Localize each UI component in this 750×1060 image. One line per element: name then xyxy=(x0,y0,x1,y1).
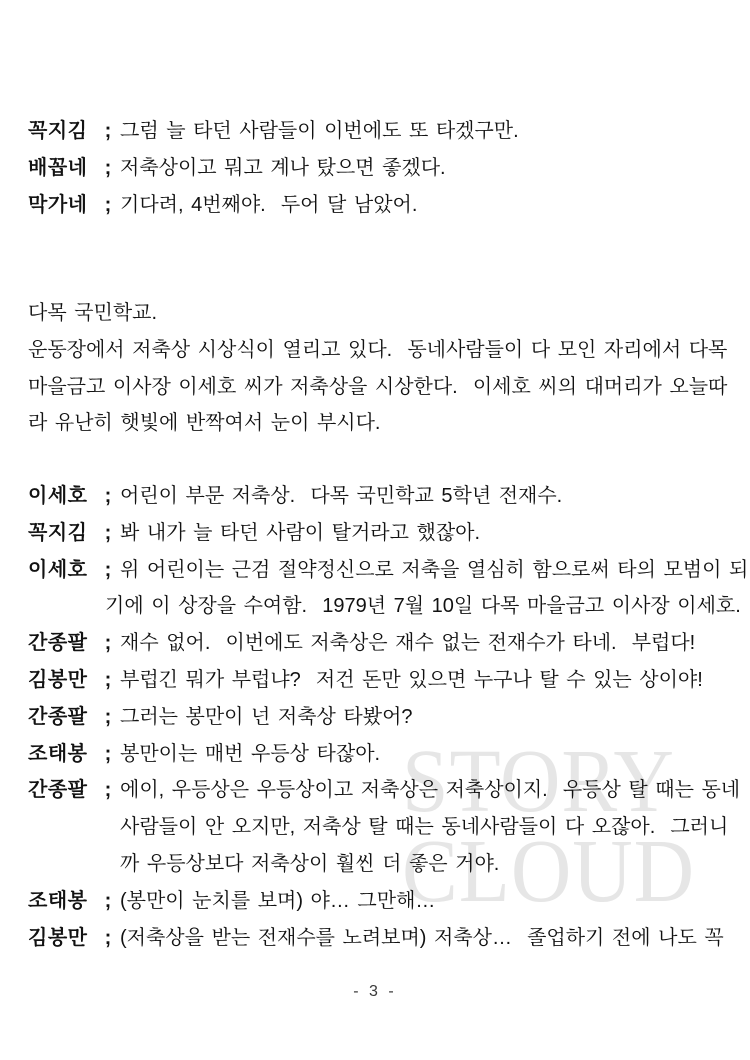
speaker-name: 막가네 xyxy=(28,187,96,224)
dialogue-text: 어린이 부문 저축상. 다목 국민학교 5학년 전재수. xyxy=(120,478,730,515)
dialogue-cue: 간종팔 ; 그러는 봉만이 넌 저축상 타봤어? xyxy=(28,699,730,736)
dialogue-line: 재수 없어. 이번에도 저축상은 재수 없는 전재수가 타네. 부럽다! xyxy=(120,625,730,662)
dialogue-line: 저축상이고 뭐고 계나 탔으면 좋겠다. xyxy=(120,150,730,187)
dialogue-line: 에이, 우등상은 우등상이고 저축상은 저축상이지. 우등상 탈 때는 동네 xyxy=(120,772,730,809)
speaker-separator: ; xyxy=(96,515,120,552)
speaker-separator: ; xyxy=(96,478,120,515)
dialogue-text: 부럽긴 뭐가 부럽냐? 저건 돈만 있으면 누구나 탈 수 있는 상이야! xyxy=(120,662,730,699)
dialogue-cue: 막가네 ; 기다려, 4번째야. 두어 달 남았어. xyxy=(28,187,730,224)
speaker-name: 김봉만 xyxy=(28,662,96,699)
speaker-name: 이세호 xyxy=(28,478,96,515)
speaker-separator: ; xyxy=(96,150,120,187)
scene-description-block: 다목 국민학교. 운동장에서 저축상 시상식이 열리고 있다. 동네사람들이 다… xyxy=(28,295,730,442)
dialogue-cue: 이세호 ; 어린이 부문 저축상. 다목 국민학교 5학년 전재수. xyxy=(28,478,730,515)
dialogue-cue: 배꼽네 ; 저축상이고 뭐고 계나 탔으면 좋겠다. xyxy=(28,150,730,187)
dialogue-text: 에이, 우등상은 우등상이고 저축상은 저축상이지. 우등상 탈 때는 동네 사… xyxy=(120,772,730,882)
dialogue-cue: 간종팔 ; 재수 없어. 이번에도 저축상은 재수 없는 전재수가 타네. 부럽… xyxy=(28,625,730,662)
dialogue-line: 봉만이는 매번 우등상 타잖아. xyxy=(120,736,730,773)
speaker-name: 꼭지김 xyxy=(28,113,96,150)
dialogue-line: 까 우등상보다 저축상이 훨씬 더 좋은 거야. xyxy=(120,846,730,883)
dialogue-text: 저축상이고 뭐고 계나 탔으면 좋겠다. xyxy=(120,150,730,187)
dialogue-cue: 조태봉 ; (봉만이 눈치를 보며) 야… 그만해… xyxy=(28,883,730,920)
speaker-name: 간종팔 xyxy=(28,625,96,662)
speaker-name: 조태봉 xyxy=(28,883,96,920)
speaker-separator: ; xyxy=(96,883,120,920)
scene-description-line: 운동장에서 저축상 시상식이 열리고 있다. 동네사람들이 다 모인 자리에서 … xyxy=(28,332,730,369)
dialogue-text: 그럼 늘 타던 사람들이 이번에도 또 타겠구만. xyxy=(120,113,730,150)
dialogue-line: (저축상을 받는 전재수를 노려보며) 저축상… 졸업하기 전에 나도 꼭 xyxy=(120,920,730,957)
speaker-separator: ; xyxy=(96,552,120,589)
dialogue-line: 부럽긴 뭐가 부럽냐? 저건 돈만 있으면 누구나 탈 수 있는 상이야! xyxy=(120,662,730,699)
dialogue-line: 그러는 봉만이 넌 저축상 타봤어? xyxy=(120,699,730,736)
dialogue-cue: 이세호 ; 위 어린이는 근검 절약정신으로 저축을 열심히 함으로써 타의 모… xyxy=(28,552,730,626)
dialogue-line: 어린이 부문 저축상. 다목 국민학교 5학년 전재수. xyxy=(120,478,730,515)
scene-description-line: 마을금고 이사장 이세호 씨가 저축상을 시상한다. 이세호 씨의 대머리가 오… xyxy=(28,369,730,406)
speaker-separator: ; xyxy=(96,772,120,809)
dialogue-text: (봉만이 눈치를 보며) 야… 그만해… xyxy=(120,883,730,920)
dialogue-cue: 김봉만 ; (저축상을 받는 전재수를 노려보며) 저축상… 졸업하기 전에 나… xyxy=(28,920,730,957)
page-content: 꼭지김 ; 그럼 늘 타던 사람들이 이번에도 또 타겠구만. 배꼽네 ; 저축… xyxy=(0,0,750,1060)
speaker-separator: ; xyxy=(96,662,120,699)
speaker-separator: ; xyxy=(96,920,120,957)
dialogue-line: 사람들이 안 오지만, 저축상 탈 때는 동네사람들이 다 오잖아. 그러니 xyxy=(120,809,730,846)
speaker-name: 배꼽네 xyxy=(28,150,96,187)
speaker-separator: ; xyxy=(96,625,120,662)
dialogue-text: 봐 내가 늘 타던 사람이 탈거라고 했잖아. xyxy=(120,515,730,552)
dialogue-cue: 꼭지김 ; 봐 내가 늘 타던 사람이 탈거라고 했잖아. xyxy=(28,515,730,552)
dialogue-cue: 꼭지김 ; 그럼 늘 타던 사람들이 이번에도 또 타겠구만. xyxy=(28,113,730,150)
dialogue-text: 재수 없어. 이번에도 저축상은 재수 없는 전재수가 타네. 부럽다! xyxy=(120,625,730,662)
speaker-name: 이세호 xyxy=(28,552,96,589)
speaker-separator: ; xyxy=(96,113,120,150)
speaker-separator: ; xyxy=(96,187,120,224)
dialogue-text: 위 어린이는 근검 절약정신으로 저축을 열심히 함으로써 타의 모범이 되었 … xyxy=(120,552,730,626)
main-dialogue-block: 이세호 ; 어린이 부문 저축상. 다목 국민학교 5학년 전재수. 꼭지김 ;… xyxy=(28,478,730,956)
dialogue-line: 기에 이 상장을 수여함. 1979년 7월 10일 다목 마을금고 이사장 이… xyxy=(105,588,730,625)
dialogue-line: 기다려, 4번째야. 두어 달 남았어. xyxy=(120,187,730,224)
dialogue-line: (봉만이 눈치를 보며) 야… 그만해… xyxy=(120,883,730,920)
dialogue-text: 기다려, 4번째야. 두어 달 남았어. xyxy=(120,187,730,224)
dialogue-cue: 조태봉 ; 봉만이는 매번 우등상 타잖아. xyxy=(28,736,730,773)
speaker-separator: ; xyxy=(96,736,120,773)
script-page: STORY CLOUD 꼭지김 ; 그럼 늘 타던 사람들이 이번에도 또 타겠… xyxy=(0,0,750,1060)
dialogue-cue: 간종팔 ; 에이, 우등상은 우등상이고 저축상은 저축상이지. 우등상 탈 때… xyxy=(28,772,730,882)
dialogue-text: 그러는 봉만이 넌 저축상 타봤어? xyxy=(120,699,730,736)
dialogue-line: 봐 내가 늘 타던 사람이 탈거라고 했잖아. xyxy=(120,515,730,552)
scene-description-line: 라 유난히 햇빛에 반짝여서 눈이 부시다. xyxy=(28,405,730,442)
dialogue-text: (저축상을 받는 전재수를 노려보며) 저축상… 졸업하기 전에 나도 꼭 xyxy=(120,920,730,957)
speaker-separator: ; xyxy=(96,699,120,736)
dialogue-line: 위 어린이는 근검 절약정신으로 저축을 열심히 함으로써 타의 모범이 되었 xyxy=(120,552,730,589)
dialogue-cue: 김봉만 ; 부럽긴 뭐가 부럽냐? 저건 돈만 있으면 누구나 탈 수 있는 상… xyxy=(28,662,730,699)
speaker-name: 김봉만 xyxy=(28,920,96,957)
opening-dialogue-block: 꼭지김 ; 그럼 늘 타던 사람들이 이번에도 또 타겠구만. 배꼽네 ; 저축… xyxy=(28,113,730,223)
dialogue-line: 그럼 늘 타던 사람들이 이번에도 또 타겠구만. xyxy=(120,113,730,150)
page-number: - 3 - xyxy=(0,982,750,1002)
speaker-name: 간종팔 xyxy=(28,772,96,809)
scene-description-line: 다목 국민학교. xyxy=(28,295,730,332)
speaker-name: 간종팔 xyxy=(28,699,96,736)
speaker-name: 조태봉 xyxy=(28,736,96,773)
dialogue-text: 봉만이는 매번 우등상 타잖아. xyxy=(120,736,730,773)
speaker-name: 꼭지김 xyxy=(28,515,96,552)
